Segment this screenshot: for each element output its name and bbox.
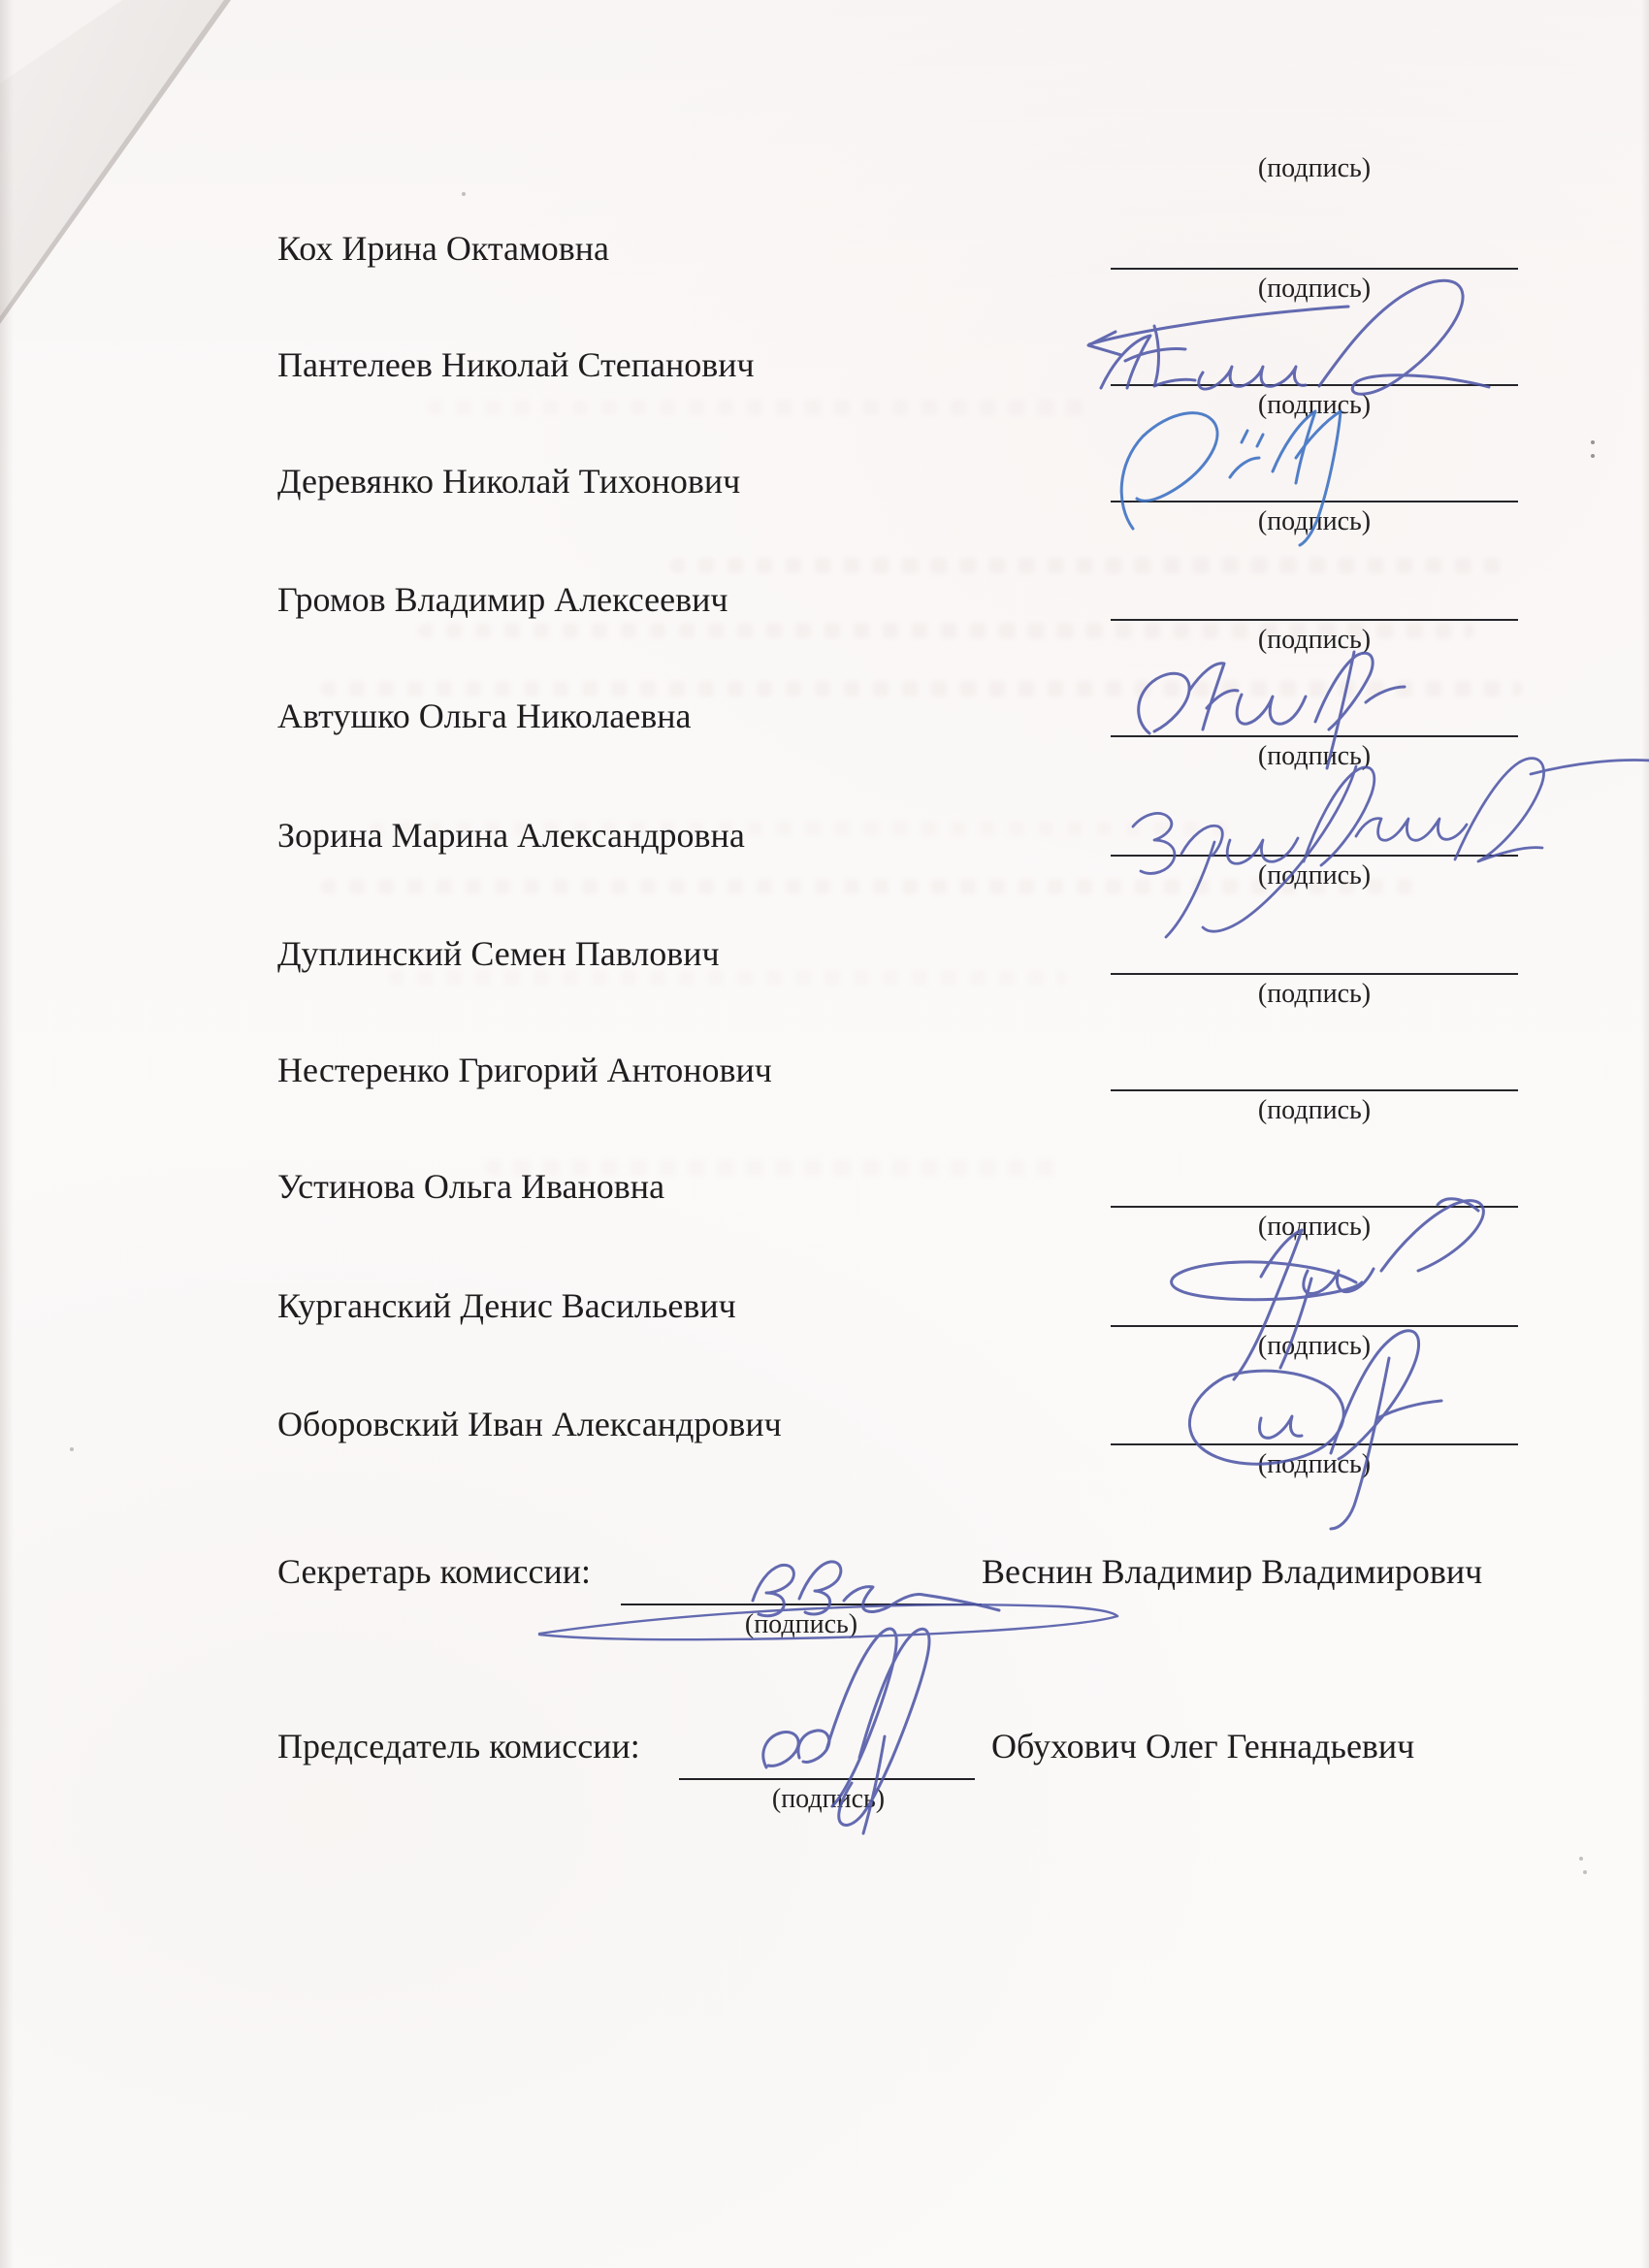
signature-line xyxy=(1111,973,1518,975)
signature-caption: (подпись) xyxy=(1111,506,1518,537)
member-name: Пантелеев Николай Степанович xyxy=(277,343,755,386)
signature-area: (подпись) xyxy=(1111,932,1518,1010)
signature-line xyxy=(1111,384,1518,386)
member-row: Кох Ирина Октамовна (подпись) xyxy=(0,227,1649,336)
member-name: Громов Владимир Алексеевич xyxy=(277,578,728,621)
signature-area: (подпись) xyxy=(1111,343,1518,421)
signature-line xyxy=(621,1604,982,1605)
member-row: Оборовский Иван Александрович (подпись) xyxy=(0,1403,1649,1511)
signature-area: (подпись) xyxy=(1111,1049,1518,1126)
signature-line xyxy=(1111,1443,1518,1445)
member-row: Деревянко Николай Тихонович (подпись) xyxy=(0,460,1649,568)
signature-caption: (подпись) xyxy=(1111,860,1518,891)
member-name: Устинова Ольга Ивановна xyxy=(277,1165,664,1208)
chairman-row: Председатель комиссии: (подпись) Обухови… xyxy=(0,1725,1649,1880)
scanned-document-page: (подпись) Кох Ирина Октамовна (подпись) … xyxy=(0,0,1649,2268)
signature-area: (подпись) xyxy=(1111,578,1518,656)
signature-area: (подпись) xyxy=(1111,695,1518,772)
signature-area: (подпись) xyxy=(1111,460,1518,537)
signature-area: (подпись) xyxy=(1111,227,1518,305)
secretary-row: Секретарь комиссии: (подпись) Веснин Вла… xyxy=(0,1550,1649,1705)
signature-line xyxy=(1111,1089,1518,1091)
member-name: Оборовский Иван Александрович xyxy=(277,1403,782,1445)
signature-area: (подпись) xyxy=(1111,1403,1518,1480)
chairman-name: Обухович Олег Геннадьевич xyxy=(991,1725,1414,1767)
signature-line xyxy=(1111,1325,1518,1327)
member-name: Кох Ирина Октамовна xyxy=(277,227,609,270)
member-row: Автушко Ольга Николаевна (подпись) xyxy=(0,695,1649,803)
signature-caption: (подпись) xyxy=(1111,390,1518,421)
member-row: Нестеренко Григорий Антонович (подпись) xyxy=(0,1049,1649,1157)
signature-caption: (подпись) xyxy=(1111,979,1518,1010)
signature-caption: (подпись) xyxy=(1111,1212,1518,1243)
member-name: Деревянко Николай Тихонович xyxy=(277,460,740,502)
secretary-name: Веснин Владимир Владимирович xyxy=(982,1550,1482,1593)
ink-speck xyxy=(1591,454,1595,458)
chairman-role-label: Председатель комиссии: xyxy=(277,1725,640,1767)
member-name: Нестеренко Григорий Антонович xyxy=(277,1049,772,1091)
member-row: Устинова Ольга Ивановна (подпись) xyxy=(0,1165,1649,1274)
signature-line xyxy=(1111,501,1518,502)
signature-caption: (подпись) xyxy=(1111,741,1518,772)
signature-area: (подпись) xyxy=(1111,1165,1518,1243)
signature-caption: (подпись) xyxy=(1111,1449,1518,1480)
signature-line xyxy=(679,1778,975,1780)
signature-area: (подпись) xyxy=(1111,1284,1518,1362)
ink-speck xyxy=(462,192,466,196)
signature-line xyxy=(1111,619,1518,621)
member-name: Зорина Марина Александровна xyxy=(277,814,745,857)
member-name: Курганский Денис Васильевич xyxy=(277,1284,736,1327)
member-row: Дуплинский Семен Павлович (подпись) xyxy=(0,932,1649,1041)
member-row: Зорина Марина Александровна (подпись) xyxy=(0,814,1649,923)
signature-area: (подпись) xyxy=(1111,814,1518,891)
signature-caption: (подпись) xyxy=(621,1609,982,1640)
member-row: Курганский Денис Васильевич (подпись) xyxy=(0,1284,1649,1393)
member-name: Дуплинский Семен Павлович xyxy=(277,932,720,975)
signature-caption: (подпись) xyxy=(648,1784,1009,1815)
signature-line xyxy=(1111,735,1518,737)
signature-line xyxy=(1111,1206,1518,1208)
member-name: Автушко Ольга Николаевна xyxy=(277,695,691,737)
member-row: Громов Владимир Алексеевич (подпись) xyxy=(0,578,1649,687)
member-row: Пантелеев Николай Степанович (подпись) xyxy=(0,343,1649,452)
signature-caption: (подпись) xyxy=(1111,625,1518,656)
signature-caption: (подпись) xyxy=(1111,1095,1518,1126)
signature-line xyxy=(1111,855,1518,857)
signature-caption: (подпись) xyxy=(1111,1331,1518,1362)
signature-caption: (подпись) xyxy=(1111,274,1518,305)
signature-caption: (подпись) xyxy=(1111,153,1518,184)
signature-line xyxy=(1111,268,1518,270)
secretary-role-label: Секретарь комиссии: xyxy=(277,1550,591,1593)
